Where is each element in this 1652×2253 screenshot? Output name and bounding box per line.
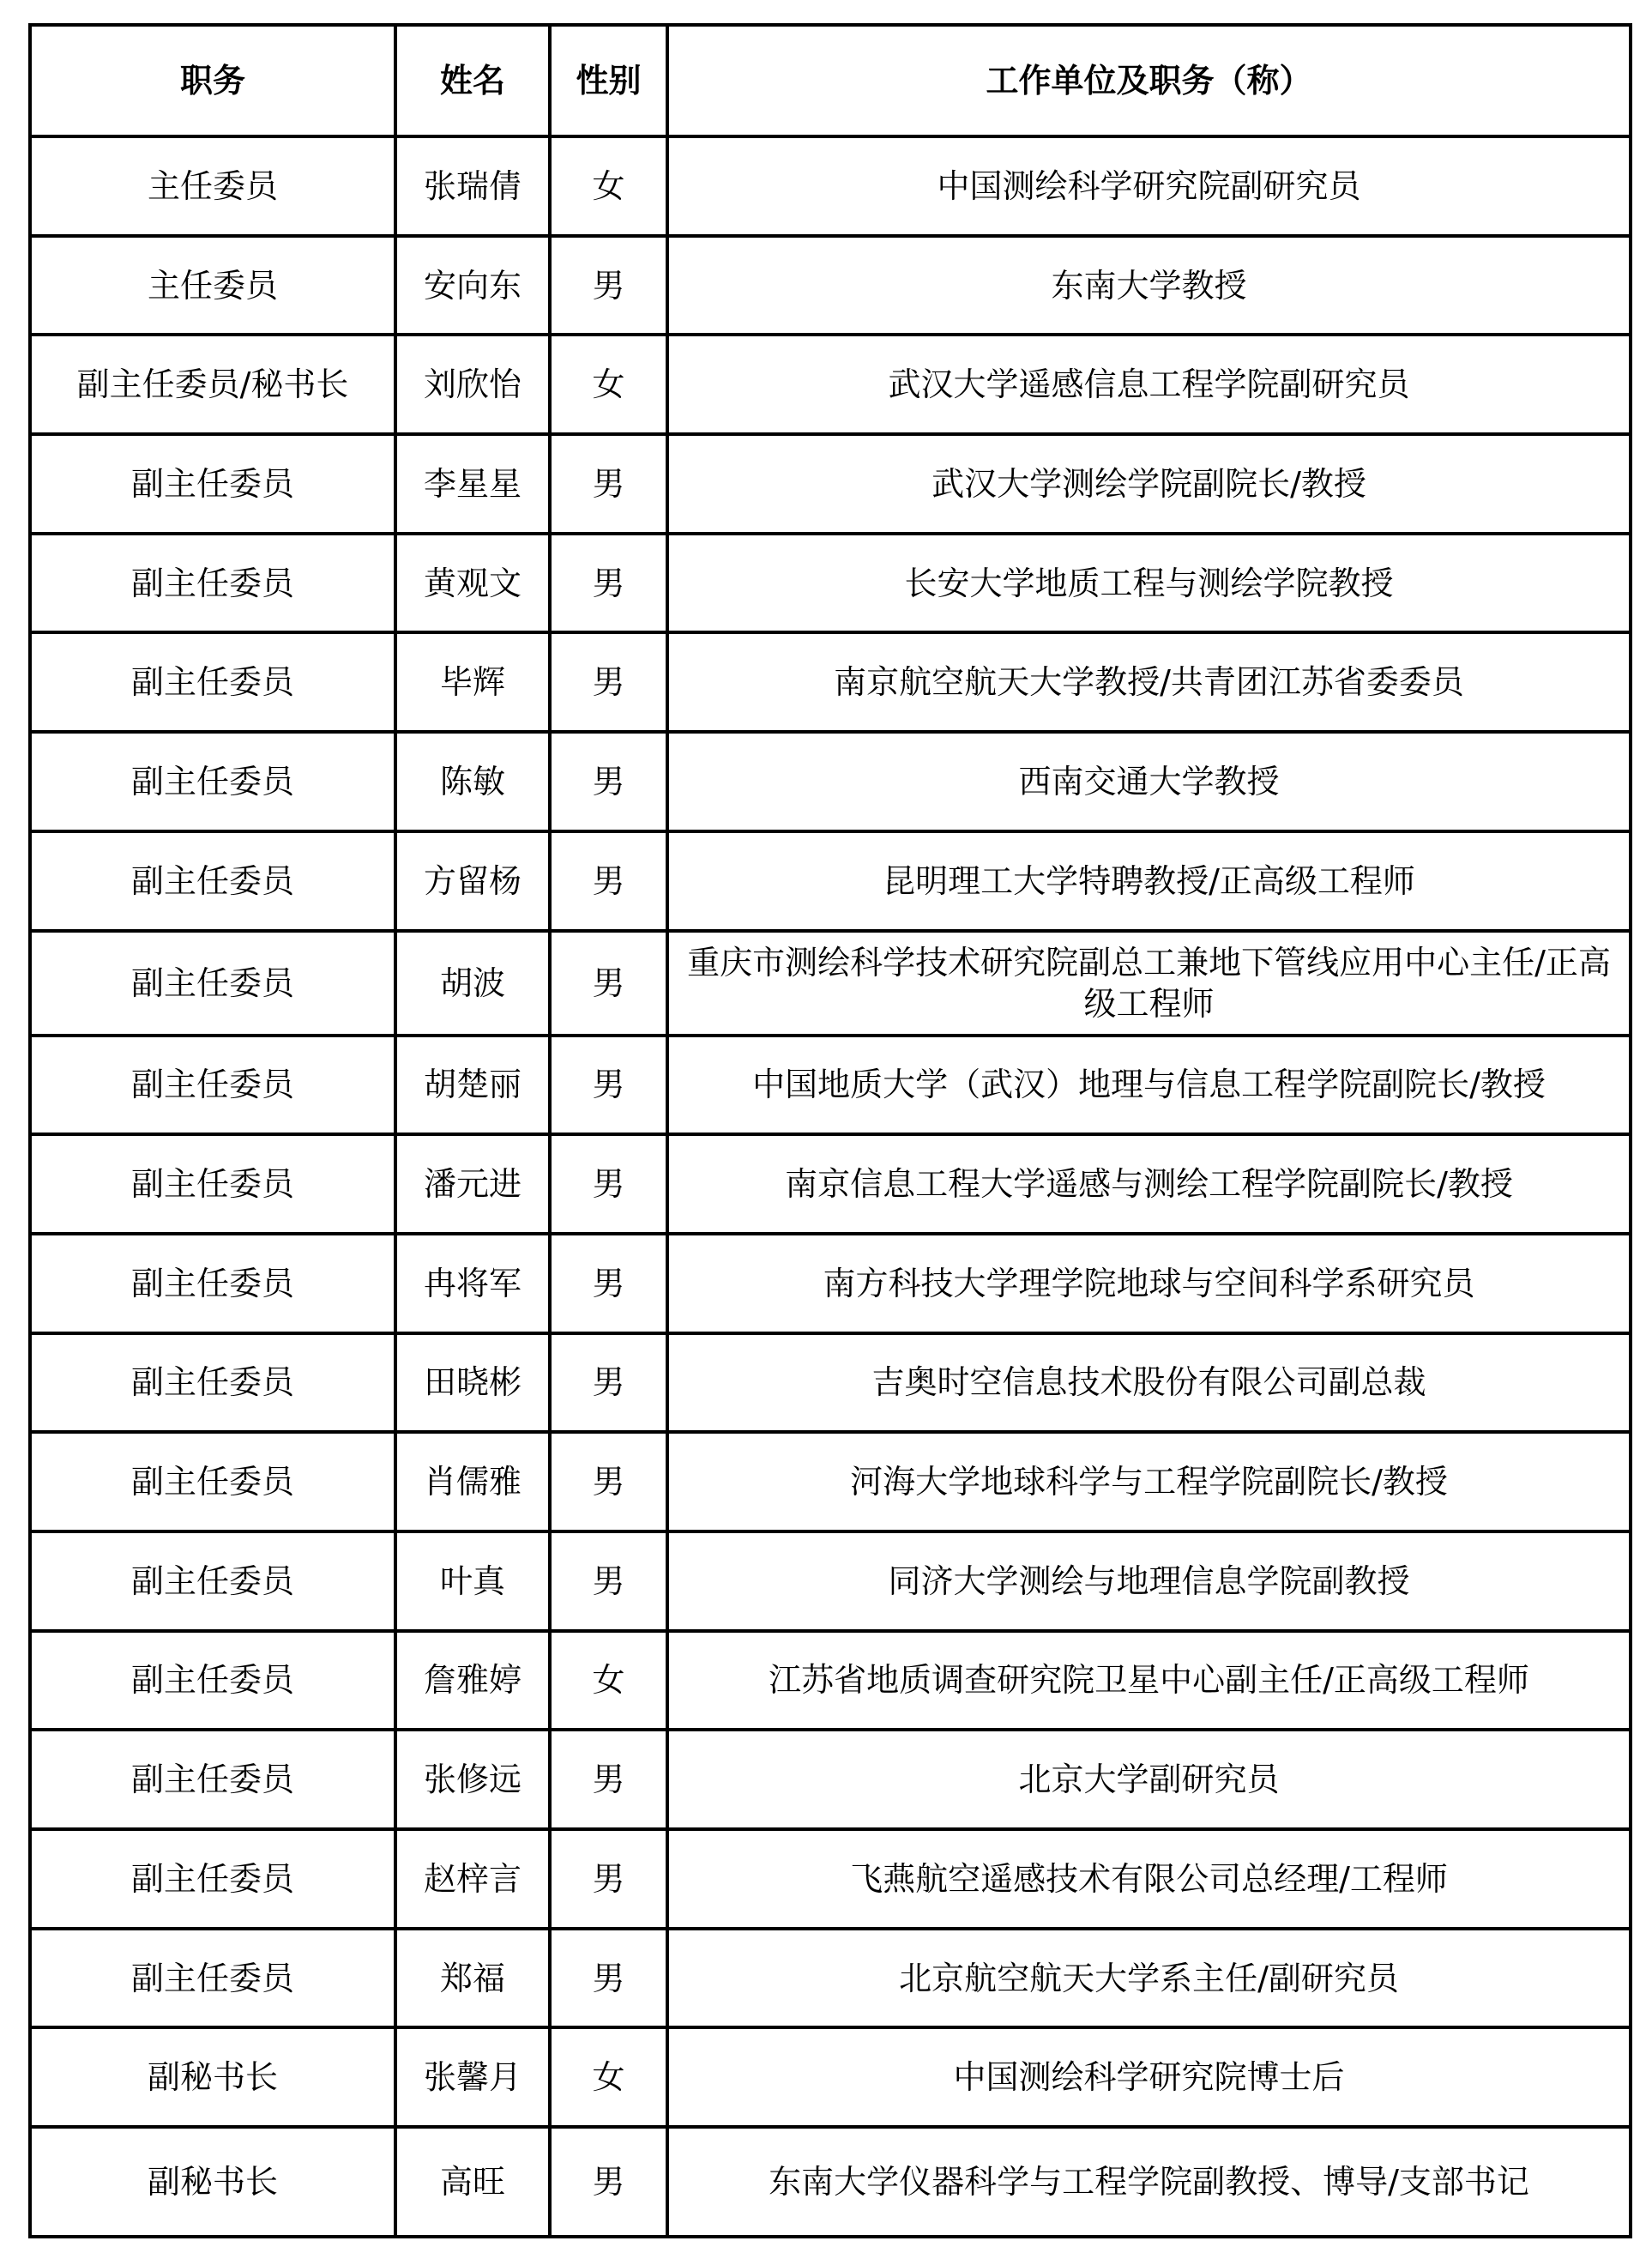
cell-role: 副主任委员 (30, 1234, 395, 1333)
table-row: 副主任委员张修远男北京大学副研究员 (30, 1730, 1631, 1829)
cell-unit: 南京航空航天大学教授/共青团江苏省委委员 (667, 632, 1631, 732)
cell-name: 叶真 (395, 1531, 550, 1631)
cell-role: 副主任委员 (30, 1036, 395, 1135)
cell-gender: 男 (550, 1929, 667, 2028)
table-row: 副主任委员李星星男武汉大学测绘学院副院长/教授 (30, 434, 1631, 534)
cell-unit: 东南大学仪器科学与工程学院副教授、博导/支部书记 (667, 2127, 1631, 2237)
cell-name: 方留杨 (395, 831, 550, 931)
cell-name: 赵梓言 (395, 1829, 550, 1929)
table-row: 主任委员张瑞倩女中国测绘科学研究院副研究员 (30, 136, 1631, 236)
cell-role: 副主任委员 (30, 1531, 395, 1631)
cell-name: 安向东 (395, 236, 550, 335)
cell-role: 副主任委员 (30, 1929, 395, 2028)
cell-role: 副主任委员 (30, 1134, 395, 1234)
header-unit: 工作单位及职务（称） (667, 25, 1631, 136)
cell-gender: 女 (550, 1631, 667, 1731)
cell-role: 副主任委员/秘书长 (30, 335, 395, 434)
cell-name: 陈敏 (395, 732, 550, 831)
cell-name: 张馨月 (395, 2027, 550, 2127)
header-gender: 性别 (550, 25, 667, 136)
cell-gender: 男 (550, 1036, 667, 1135)
table-row: 副主任委员赵梓言男飞燕航空遥感技术有限公司总经理/工程师 (30, 1829, 1631, 1929)
table-row: 副主任委员陈敏男西南交通大学教授 (30, 732, 1631, 831)
cell-role: 副主任委员 (30, 931, 395, 1036)
cell-name: 胡波 (395, 931, 550, 1036)
cell-unit: 武汉大学测绘学院副院长/教授 (667, 434, 1631, 534)
table-row: 副主任委员冉将军男南方科技大学理学院地球与空间科学系研究员 (30, 1234, 1631, 1333)
table-row: 副主任委员田晓彬男吉奥时空信息技术股份有限公司副总裁 (30, 1333, 1631, 1433)
cell-unit: 东南大学教授 (667, 236, 1631, 335)
cell-unit: 南京信息工程大学遥感与测绘工程学院副院长/教授 (667, 1134, 1631, 1234)
cell-name: 高旺 (395, 2127, 550, 2237)
cell-unit: 北京航空航天大学系主任/副研究员 (667, 1929, 1631, 2028)
cell-gender: 男 (550, 1333, 667, 1433)
cell-unit: 重庆市测绘科学技术研究院副总工兼地下管线应用中心主任/正高级工程师 (667, 931, 1631, 1036)
cell-gender: 男 (550, 831, 667, 931)
cell-unit: 长安大学地质工程与测绘学院教授 (667, 534, 1631, 633)
cell-unit: 昆明理工大学特聘教授/正高级工程师 (667, 831, 1631, 931)
cell-gender: 男 (550, 1234, 667, 1333)
cell-gender: 男 (550, 2127, 667, 2237)
cell-name: 胡楚丽 (395, 1036, 550, 1135)
cell-gender: 男 (550, 931, 667, 1036)
cell-role: 副主任委员 (30, 1631, 395, 1731)
cell-unit: 江苏省地质调查研究院卫星中心副主任/正高级工程师 (667, 1631, 1631, 1731)
cell-unit: 中国测绘科学研究院副研究员 (667, 136, 1631, 236)
cell-unit: 中国测绘科学研究院博士后 (667, 2027, 1631, 2127)
table-row: 副主任委员叶真男同济大学测绘与地理信息学院副教授 (30, 1531, 1631, 1631)
cell-role: 副主任委员 (30, 1333, 395, 1433)
cell-role: 副主任委员 (30, 831, 395, 931)
cell-role: 副主任委员 (30, 534, 395, 633)
cell-name: 肖儒雅 (395, 1432, 550, 1531)
cell-unit: 西南交通大学教授 (667, 732, 1631, 831)
cell-unit: 南方科技大学理学院地球与空间科学系研究员 (667, 1234, 1631, 1333)
cell-gender: 男 (550, 1432, 667, 1531)
cell-role: 副主任委员 (30, 1829, 395, 1929)
cell-unit: 武汉大学遥感信息工程学院副研究员 (667, 335, 1631, 434)
cell-gender: 男 (550, 434, 667, 534)
table-row: 副主任委员郑福男北京航空航天大学系主任/副研究员 (30, 1929, 1631, 2028)
table-row: 副主任委员方留杨男昆明理工大学特聘教授/正高级工程师 (30, 831, 1631, 931)
cell-role: 副主任委员 (30, 434, 395, 534)
cell-role: 主任委员 (30, 136, 395, 236)
cell-name: 刘欣怡 (395, 335, 550, 434)
cell-name: 郑福 (395, 1929, 550, 2028)
table-row: 副主任委员/秘书长刘欣怡女武汉大学遥感信息工程学院副研究员 (30, 335, 1631, 434)
cell-gender: 男 (550, 534, 667, 633)
cell-gender: 男 (550, 1531, 667, 1631)
table-row: 副主任委员胡楚丽男中国地质大学（武汉）地理与信息工程学院副院长/教授 (30, 1036, 1631, 1135)
cell-name: 李星星 (395, 434, 550, 534)
table-row: 副秘书长高旺男东南大学仪器科学与工程学院副教授、博导/支部书记 (30, 2127, 1631, 2237)
table-row: 副主任委员詹雅婷女江苏省地质调查研究院卫星中心副主任/正高级工程师 (30, 1631, 1631, 1731)
cell-unit: 吉奥时空信息技术股份有限公司副总裁 (667, 1333, 1631, 1433)
table-row: 副主任委员黄观文男长安大学地质工程与测绘学院教授 (30, 534, 1631, 633)
cell-gender: 男 (550, 632, 667, 732)
cell-name: 黄观文 (395, 534, 550, 633)
cell-role: 副秘书长 (30, 2127, 395, 2237)
cell-unit: 中国地质大学（武汉）地理与信息工程学院副院长/教授 (667, 1036, 1631, 1135)
cell-unit: 飞燕航空遥感技术有限公司总经理/工程师 (667, 1829, 1631, 1929)
cell-unit: 同济大学测绘与地理信息学院副教授 (667, 1531, 1631, 1631)
header-row: 职务 姓名 性别 工作单位及职务（称） (30, 25, 1631, 136)
cell-gender: 男 (550, 732, 667, 831)
cell-role: 副主任委员 (30, 1432, 395, 1531)
cell-unit: 北京大学副研究员 (667, 1730, 1631, 1829)
cell-unit: 河海大学地球科学与工程学院副院长/教授 (667, 1432, 1631, 1531)
cell-gender: 男 (550, 1134, 667, 1234)
cell-gender: 女 (550, 2027, 667, 2127)
cell-role: 副秘书长 (30, 2027, 395, 2127)
cell-gender: 男 (550, 1829, 667, 1929)
cell-gender: 男 (550, 1730, 667, 1829)
cell-role: 主任委员 (30, 236, 395, 335)
header-name: 姓名 (395, 25, 550, 136)
cell-gender: 女 (550, 335, 667, 434)
cell-name: 冉将军 (395, 1234, 550, 1333)
cell-gender: 女 (550, 136, 667, 236)
cell-role: 副主任委员 (30, 1730, 395, 1829)
table-row: 副主任委员胡波男重庆市测绘科学技术研究院副总工兼地下管线应用中心主任/正高级工程… (30, 931, 1631, 1036)
cell-name: 田晓彬 (395, 1333, 550, 1433)
header-role: 职务 (30, 25, 395, 136)
cell-name: 张修远 (395, 1730, 550, 1829)
cell-name: 詹雅婷 (395, 1631, 550, 1731)
cell-role: 副主任委员 (30, 732, 395, 831)
table-row: 副主任委员潘元进男南京信息工程大学遥感与测绘工程学院副院长/教授 (30, 1134, 1631, 1234)
cell-role: 副主任委员 (30, 632, 395, 732)
roster-body: 主任委员张瑞倩女中国测绘科学研究院副研究员 主任委员安向东男东南大学教授 副主任… (30, 136, 1631, 2237)
cell-name: 毕辉 (395, 632, 550, 732)
cell-name: 潘元进 (395, 1134, 550, 1234)
table-row: 副秘书长张馨月女中国测绘科学研究院博士后 (30, 2027, 1631, 2127)
cell-name: 张瑞倩 (395, 136, 550, 236)
table-row: 副主任委员毕辉男南京航空航天大学教授/共青团江苏省委委员 (30, 632, 1631, 732)
committee-roster-table: 职务 姓名 性别 工作单位及职务（称） 主任委员张瑞倩女中国测绘科学研究院副研究… (28, 23, 1632, 2238)
table-row: 副主任委员肖儒雅男河海大学地球科学与工程学院副院长/教授 (30, 1432, 1631, 1531)
table-row: 主任委员安向东男东南大学教授 (30, 236, 1631, 335)
cell-gender: 男 (550, 236, 667, 335)
